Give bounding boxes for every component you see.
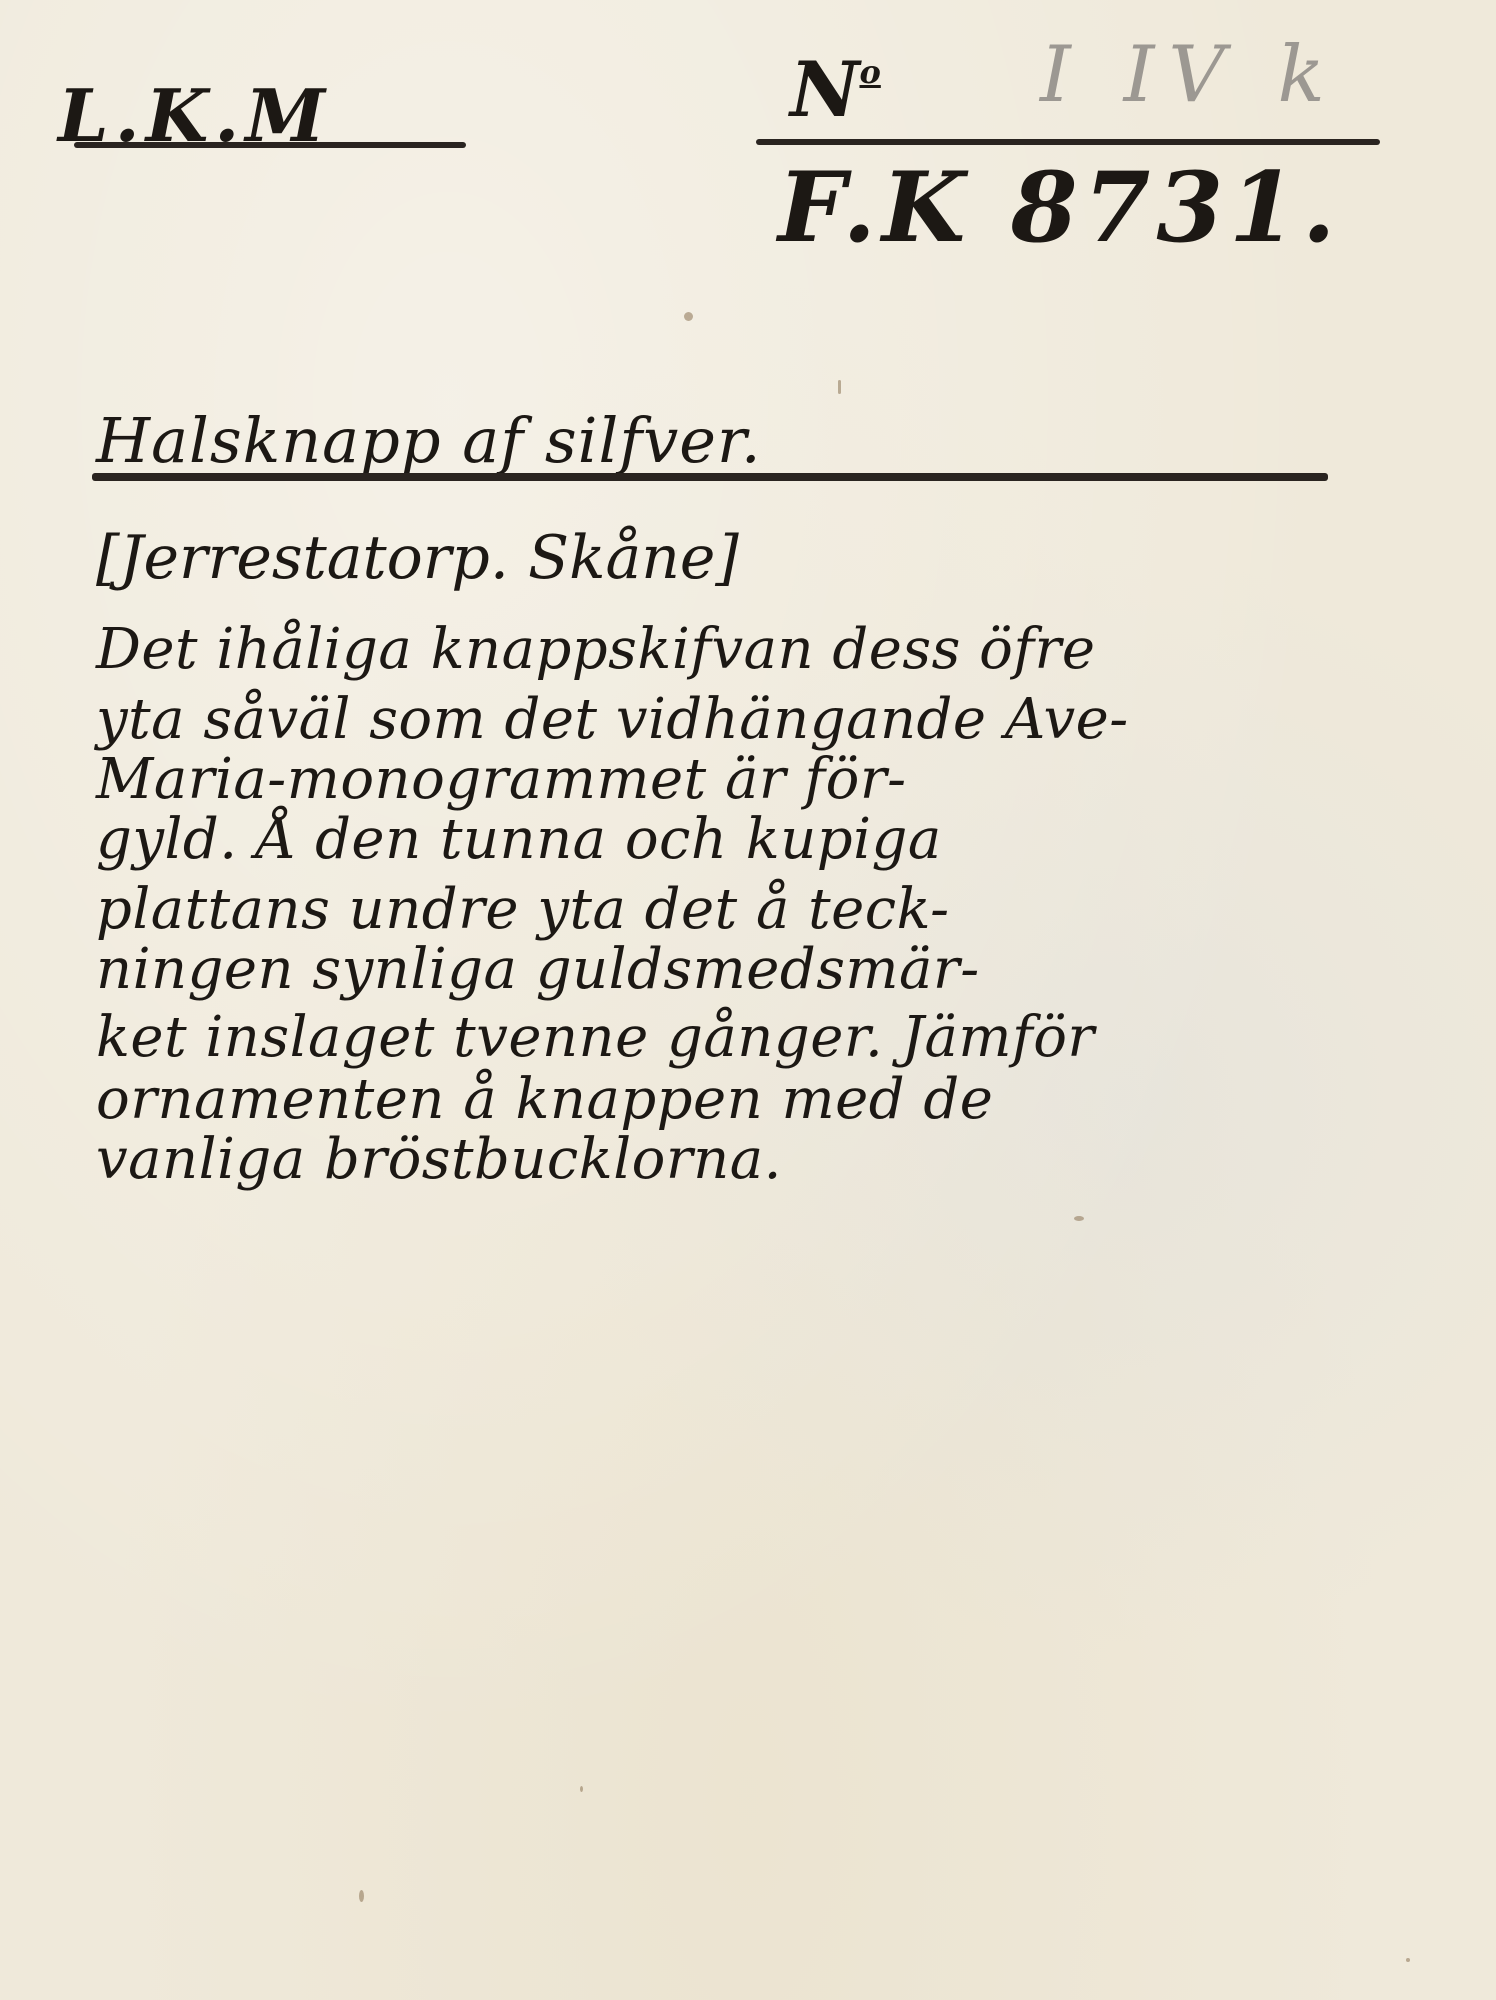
collection-mark-underline (74, 142, 466, 148)
description-line: yta såväl som det vidhängande Ave- (96, 692, 1129, 748)
description-line: plattans undre yta det å teck- (96, 882, 950, 938)
description-line: ornamenten å knappen med de (96, 1072, 993, 1128)
description-line: vanliga bröstbucklorna. (96, 1132, 782, 1188)
description-line: Maria-monogrammet är för- (96, 752, 907, 808)
pencil-number-value: I IV k (1040, 36, 1339, 114)
title-underline (92, 473, 1328, 481)
paper-speck (684, 312, 693, 321)
number-divider-rule (756, 139, 1380, 145)
catalogue-number: F.K 8731. (778, 160, 1341, 256)
description-line: Det ihåliga knappskifvan dess öfre (96, 622, 1095, 678)
paper-speck (580, 1786, 583, 1792)
description-line: ningen synliga guldsmedsmär- (96, 942, 980, 998)
find-location: [Jerrestatorp. Skåne] (96, 528, 739, 588)
number-label-text: N (790, 45, 859, 134)
paper-speck (838, 380, 841, 394)
paper-speck (1074, 1216, 1084, 1221)
paper-speck (1406, 1958, 1410, 1962)
description-line: ket inslaget tvenne gånger. Jämför (96, 1010, 1095, 1066)
number-label: No (790, 52, 881, 128)
number-label-sup: o (859, 53, 880, 91)
paper-speck (359, 1890, 364, 1902)
description-line: gyld. Å den tunna och kupiga (96, 812, 942, 868)
object-title: Halsknapp af silfver. (96, 410, 762, 472)
